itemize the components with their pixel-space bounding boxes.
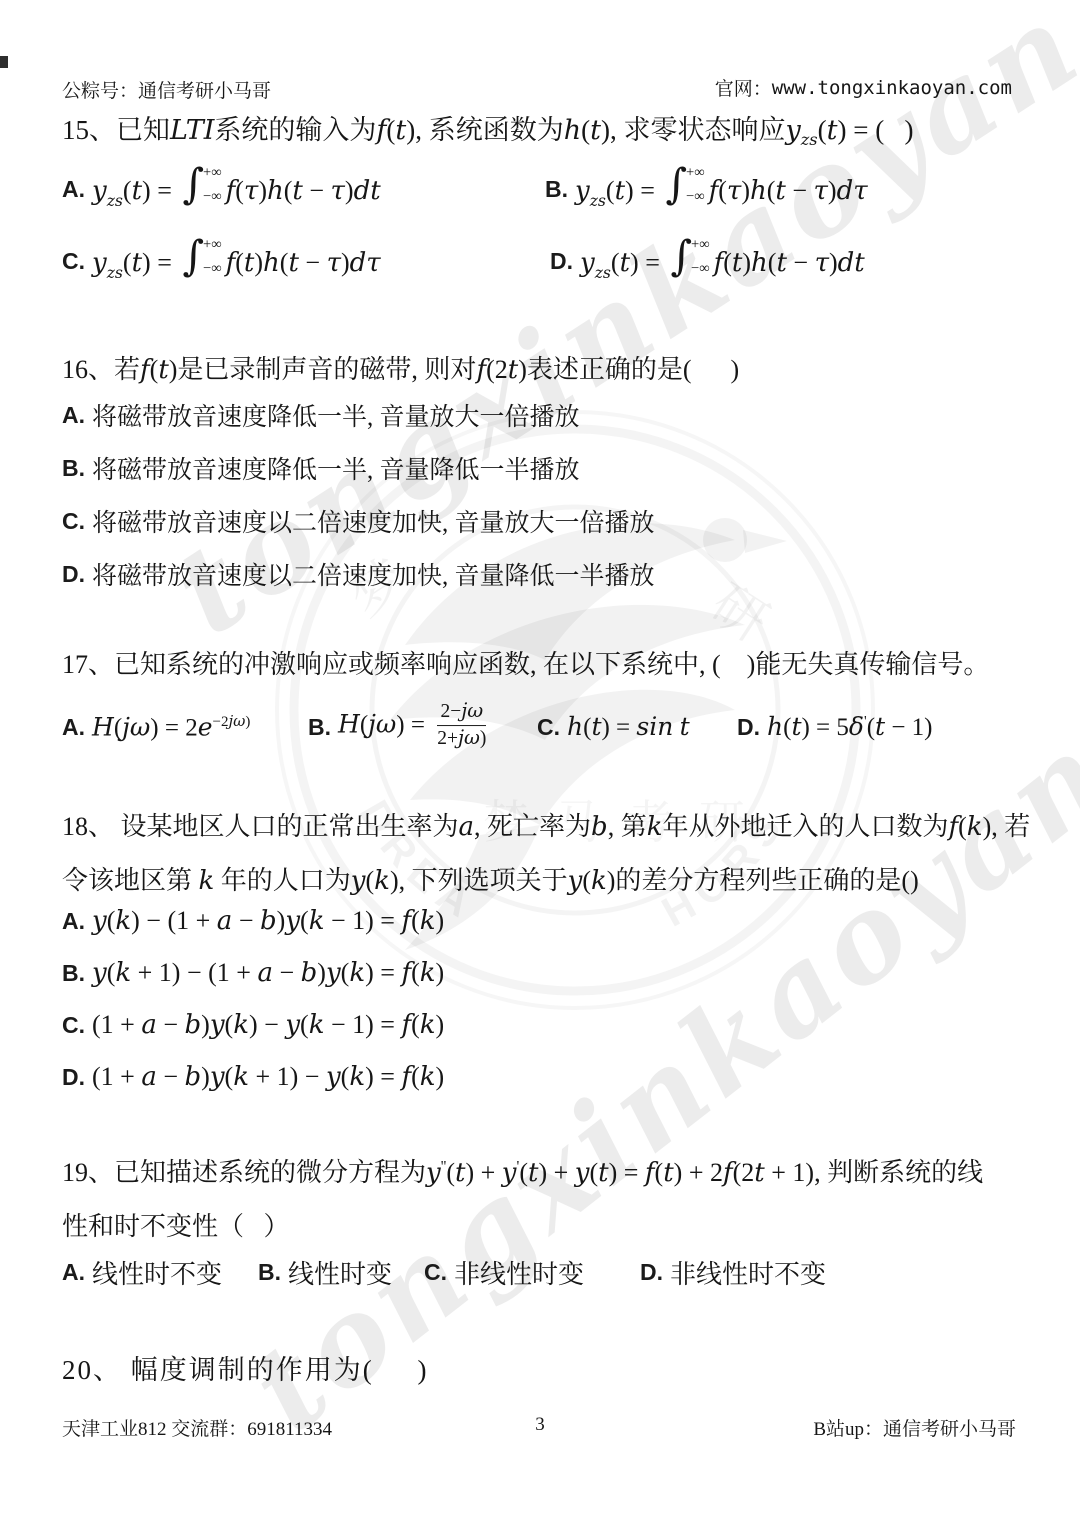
header-site-url: www.tongxinkaoyan.com: [772, 77, 1012, 99]
question-17-option-a: A. H(jω) = 2e−2jω): [62, 692, 250, 762]
option-label: A.: [62, 176, 85, 203]
option-label: D.: [737, 714, 760, 741]
option-label: A.: [62, 714, 85, 741]
option-text: 非线性时不变: [670, 1254, 826, 1291]
option-formula: h(t) = sin t: [567, 712, 690, 742]
option-formula: yzs(t) = ∫+∞−∞f(τ)h(t − τ)dt: [92, 167, 381, 210]
question-18-title-line1: 18、 设某地区人口的正常出生率为a, 死亡率为b, 第k年从外地迁入的人口数为…: [62, 806, 1030, 843]
option-label: A.: [62, 908, 85, 935]
content-layer: 公粽号：通信考研小马哥 官网：www.tongxinkaoyan.com 15、…: [0, 0, 1080, 1527]
option-label: B.: [308, 714, 331, 741]
option-text: 非线性时变: [454, 1254, 584, 1291]
option-label: D.: [62, 561, 85, 588]
option-formula: H(jω) = 2e−2jω): [92, 712, 250, 742]
question-17-option-b: B. H(jω) = 2−jω2+jω): [308, 692, 492, 762]
question-16-option-b: B. 将磁带放音速度降低一半, 音量降低一半播放: [62, 450, 580, 486]
question-19-option-d: D. 非线性时不变: [640, 1254, 826, 1291]
option-label: C.: [62, 248, 85, 275]
option-label: D.: [62, 1064, 85, 1091]
scan-artifact: [0, 56, 8, 68]
option-text: 线性时变: [288, 1254, 392, 1291]
question-17-title: 17、已知系统的冲激响应或频率响应函数, 在以下系统中, ( )能无失真传输信号…: [62, 644, 989, 681]
question-18-option-b: B. y(k + 1) − (1 + a − b)y(k) = f(k): [62, 958, 444, 988]
header-site: 官网：www.tongxinkaoyan.com: [715, 74, 1012, 101]
option-text: 将磁带放音速度降低一半, 音量降低一半播放: [92, 450, 580, 486]
option-formula: (1 + a − b)y(k) − y(k − 1) = f(k): [92, 1010, 444, 1040]
footer-bilibili-info: B站up：通信考研小马哥: [813, 1414, 1016, 1441]
question-16-title: 16、若f(t)是已录制声音的磁带, 则对f(2t)表述正确的是( ): [62, 349, 739, 386]
question-17-option-d: D. h(t) = 5δ'(t − 1): [737, 692, 933, 762]
option-formula: (1 + a − b)y(k + 1) − y(k) = f(k): [92, 1062, 444, 1092]
question-16-option-a: A. 将磁带放音速度降低一半, 音量放大一倍播放: [62, 397, 580, 433]
question-15-option-d: D. yzs(t) = ∫+∞−∞f(t)h(t − τ)dt: [550, 232, 865, 290]
option-label: A.: [62, 1259, 85, 1286]
question-15-title: 15、已知LTI系统的输入为f(t), 系统函数为h(t), 求零状态响应yzs…: [62, 108, 913, 150]
option-formula: y(k) − (1 + a − b)y(k − 1) = f(k): [92, 906, 444, 936]
question-16-option-c: C. 将磁带放音速度以二倍速度加快, 音量放大一倍播放: [62, 503, 655, 539]
option-label: D.: [550, 248, 573, 275]
option-label: A.: [62, 402, 85, 429]
option-label: D.: [640, 1259, 663, 1286]
question-20-title: 20、 幅度调制的作用为( ): [62, 1348, 428, 1387]
question-17-option-c: C. h(t) = sin t: [537, 692, 690, 762]
question-15-option-a: A. yzs(t) = ∫+∞−∞f(τ)h(t − τ)dt: [62, 160, 381, 218]
option-label: C.: [537, 714, 560, 741]
question-19-option-b: B. 线性时变: [258, 1254, 392, 1291]
question-18-title-line2: 令该地区第 k 年的人口为y(k), 下列选项关于y(k)的差分方程列些正确的是…: [62, 860, 919, 897]
question-19-option-c: C. 非线性时变: [424, 1254, 584, 1291]
option-label: B.: [545, 176, 568, 203]
question-16-option-d: D. 将磁带放音速度以二倍速度加快, 音量降低一半播放: [62, 556, 655, 592]
option-label: C.: [62, 1012, 85, 1039]
question-18-option-d: D. (1 + a − b)y(k + 1) − y(k) = f(k): [62, 1062, 444, 1092]
question-15-option-c: C. yzs(t) = ∫+∞−∞f(t)h(t − τ)dτ: [62, 232, 381, 290]
option-text: 线性时不变: [92, 1254, 222, 1291]
option-label: B.: [62, 960, 85, 987]
option-label: B.: [258, 1259, 281, 1286]
option-text: 将磁带放音速度降低一半, 音量放大一倍播放: [92, 397, 580, 433]
question-15-option-b: B. yzs(t) = ∫+∞−∞f(τ)h(t − τ)dτ: [545, 160, 868, 218]
question-19-title-line2: 性和时不变性（ ）: [62, 1206, 290, 1243]
option-label: C.: [424, 1259, 447, 1286]
option-formula: h(t) = 5δ'(t − 1): [767, 712, 933, 742]
option-formula: yzs(t) = ∫+∞−∞f(τ)h(t − τ)dτ: [575, 167, 868, 210]
question-19-option-a: A. 线性时不变: [62, 1254, 222, 1291]
question-18-option-c: C. (1 + a − b)y(k) − y(k − 1) = f(k): [62, 1010, 444, 1040]
question-19-title-line1: 19、已知描述系统的微分方程为y''(t) + y'(t) + y(t) = f…: [62, 1152, 983, 1189]
option-label: B.: [62, 455, 85, 482]
header-public-account: 公粽号：通信考研小马哥: [62, 76, 271, 103]
option-text: 将磁带放音速度以二倍速度加快, 音量放大一倍播放: [92, 503, 655, 539]
exam-page: tongxinkaoyan.com tongxinkaoyan.com: [0, 0, 1080, 1527]
question-18-option-a: A. y(k) − (1 + a − b)y(k − 1) = f(k): [62, 906, 444, 936]
option-formula: H(jω) = 2−jω2+jω): [338, 701, 492, 753]
option-text: 将磁带放音速度以二倍速度加快, 音量降低一半播放: [92, 556, 655, 592]
option-formula: yzs(t) = ∫+∞−∞f(t)h(t − τ)dτ: [92, 239, 381, 282]
option-label: C.: [62, 508, 85, 535]
option-formula: y(k + 1) − (1 + a − b)y(k) = f(k): [92, 958, 444, 988]
header-site-label: 官网：: [715, 74, 772, 101]
option-formula: yzs(t) = ∫+∞−∞f(t)h(t − τ)dt: [580, 239, 865, 282]
